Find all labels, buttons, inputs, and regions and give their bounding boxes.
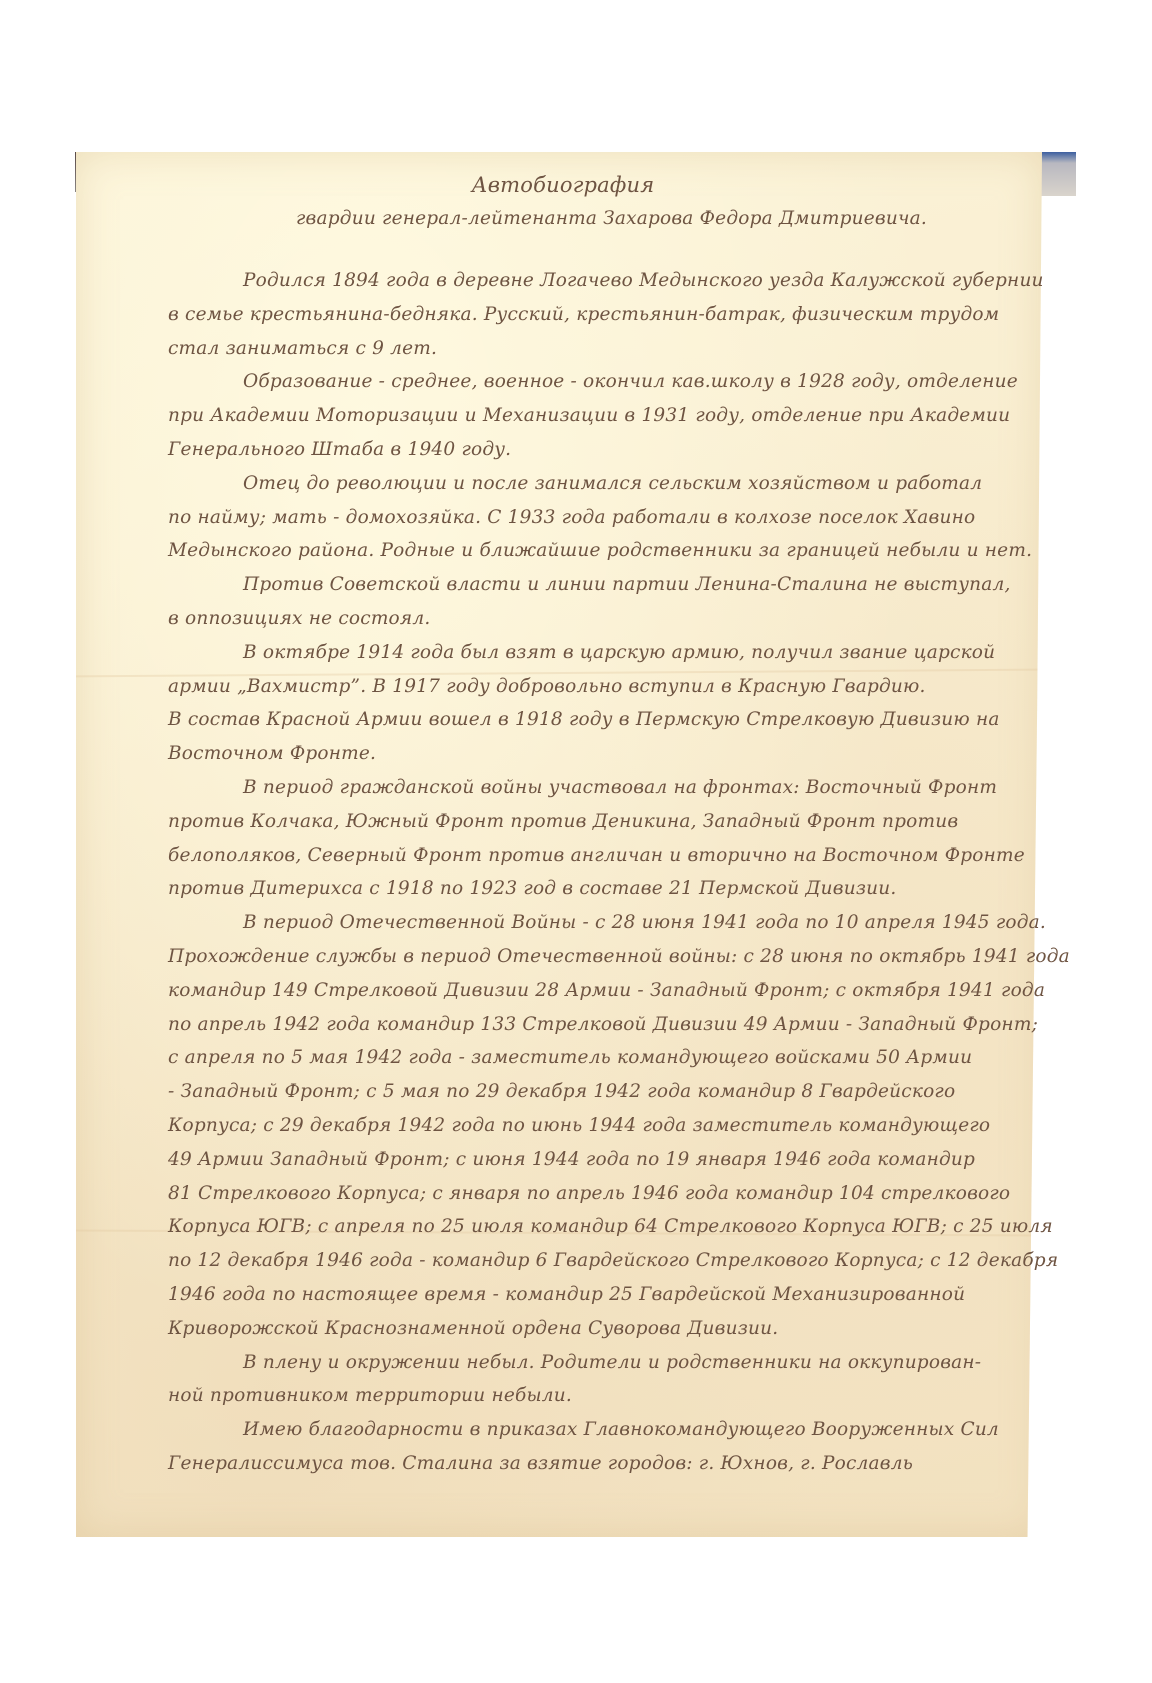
- text-line: с апреля по 5 мая 1942 года - заместител…: [168, 1041, 1018, 1075]
- text-line: В состав Красной Армии вошел в 1918 году…: [168, 703, 1018, 737]
- text-line: в оппозициях не состоял.: [168, 602, 1018, 636]
- paragraph-first-line: В октябре 1914 года был взят в царскую а…: [168, 636, 1018, 670]
- text-line: по апрель 1942 года командир 133 Стрелко…: [168, 1008, 1018, 1042]
- paragraph-first-line: Имею благодарности в приказах Главнокома…: [168, 1413, 1018, 1447]
- text-line: Криворожской Краснознаменной ордена Суво…: [168, 1312, 1018, 1346]
- text-line: в семье крестьянина-бедняка. Русский, кр…: [168, 298, 1018, 332]
- paragraph-first-line: Образование - среднее, военное - окончил…: [168, 365, 1018, 399]
- text-line: - Западный Фронт; с 5 мая по 29 декабря …: [168, 1075, 1018, 1109]
- text-line: против Дитерихса с 1918 по 1923 год в со…: [168, 872, 1018, 906]
- text-line: Генералиссимуса тов. Сталина за взятие г…: [168, 1447, 1018, 1481]
- text-line: при Академии Моторизации и Механизации в…: [168, 399, 1018, 433]
- paragraph-first-line: Отец до революции и после занимался сель…: [168, 467, 1018, 501]
- paragraph-first-line: В период Отечественной Войны - с 28 июня…: [168, 906, 1018, 940]
- text-line: Восточном Фронте.: [168, 737, 1018, 771]
- text-line: против Колчака, Южный Фронт против Деник…: [168, 805, 1018, 839]
- text-line: ной противником территории небыли.: [168, 1379, 1018, 1413]
- text-line: по найму; мать - домохозяйка. С 1933 год…: [168, 501, 1018, 535]
- text-line: 81 Стрелкового Корпуса; с января по апре…: [168, 1177, 1018, 1211]
- autobiography-document: Автобиография гвардии генерал-лейтенанта…: [168, 168, 1018, 1481]
- paragraph-first-line: Родился 1894 года в деревне Логачево Мед…: [168, 264, 1018, 298]
- text-line: белополяков, Северный Фронт против англи…: [168, 839, 1018, 873]
- text-line: армии „Вахмистр”. В 1917 году добровольн…: [168, 670, 1018, 704]
- text-line: Корпуса; с 29 декабря 1942 года по июнь …: [168, 1109, 1018, 1143]
- document-title: Автобиография: [228, 168, 898, 202]
- paragraph-first-line: Против Советской власти и линии партии Л…: [168, 568, 1018, 602]
- document-body: Родился 1894 года в деревне Логачево Мед…: [168, 264, 1018, 1481]
- text-line: по 12 декабря 1946 года - командир 6 Гва…: [168, 1244, 1018, 1278]
- text-line: Медынского района. Родные и ближайшие ро…: [168, 534, 1018, 568]
- paragraph-first-line: В период гражданской войны участвовал на…: [168, 771, 1018, 805]
- text-line: Прохождение службы в период Отечественно…: [168, 940, 1018, 974]
- text-line: 49 Армии Западный Фронт; с июня 1944 год…: [168, 1143, 1018, 1177]
- text-line: командир 149 Стрелковой Дивизии 28 Армии…: [168, 974, 1018, 1008]
- text-line: Генерального Штаба в 1940 году.: [168, 433, 1018, 467]
- paragraph-first-line: В плену и окружении небыл. Родители и ро…: [168, 1346, 1018, 1380]
- document-subtitle: гвардии генерал-лейтенанта Захарова Федо…: [168, 202, 1018, 240]
- text-line: стал заниматься с 9 лет.: [168, 332, 1018, 366]
- text-line: 1946 года по настоящее время - командир …: [168, 1278, 1018, 1312]
- text-line: Корпуса ЮГВ; с апреля по 25 июля команди…: [168, 1210, 1018, 1244]
